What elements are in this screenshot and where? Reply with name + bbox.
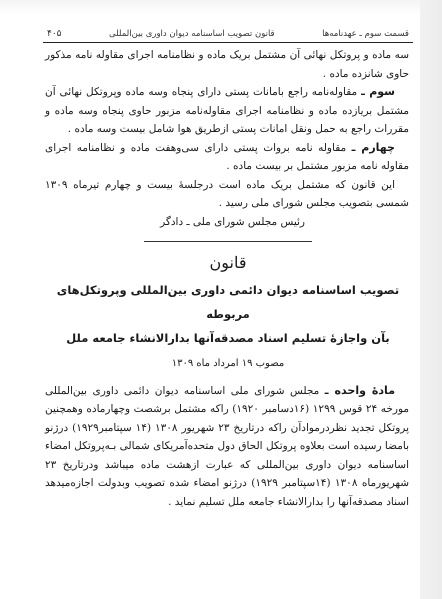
scan-top-shade [0,0,420,14]
single-article-paragraph: مادهٔ واحده ـ مجلس شورای ملی اساسنامه دی… [43,382,413,512]
law-subtitle-line-1: تصویب اساسنامه دیوان دائمی داوری بین‌الم… [43,278,413,326]
item-three-paragraph: سوم ـ مقاوله‌نامه راجع بامانات پستی دارا… [43,83,413,139]
item-four-paragraph: چهارم ـ مقاوله نامه بروات پستی دارای سی‌… [43,139,413,176]
document-page: قسمت سوم ـ عهدنامه‌ها قانون تصویب اساسنا… [43,28,413,511]
law-subtitle-line-2: بآن واجازهٔ تسلیم اسناد مصدقه‌آنها بدارا… [43,326,413,350]
running-head-section: قسمت سوم ـ عهدنامه‌ها [322,28,409,40]
separator-rule [144,241,312,242]
approval-date: مصوب ۱۹ امرداد ماه ۱۳۰۹ [43,356,413,372]
single-article-lead: مادهٔ واحده ـ [325,384,395,397]
signature-line: رئیس مجلس شورای ملی ـ دادگر [43,213,413,231]
continuation-paragraph: سه ماده و پروتکل نهائی آن مشتمل بریک ماد… [43,46,413,83]
item-three-text: مقاوله‌نامه راجع بامانات پستی دارای پنجا… [45,86,409,135]
item-three-lead: سوم ـ [361,85,395,98]
law-subtitle: تصویب اساسنامه دیوان دائمی داوری بین‌الم… [43,278,413,350]
law-heading: قانون [43,252,413,274]
running-head: قسمت سوم ـ عهدنامه‌ها قانون تصویب اساسنا… [43,28,413,43]
scan-edge-strip [420,0,442,599]
running-head-title: قانون تصویب اساسنامه دیوان داوری بین‌الم… [109,28,275,40]
single-article-text: مجلس شورای ملی اساسنامه دیوان دائمی داور… [45,385,409,508]
closing-paragraph: این قانون که مشتمل بریک ماده است درجلسهٔ… [43,176,413,213]
page-number: ۴۰۵ [47,28,62,40]
item-four-lead: چهارم ـ [352,141,395,154]
